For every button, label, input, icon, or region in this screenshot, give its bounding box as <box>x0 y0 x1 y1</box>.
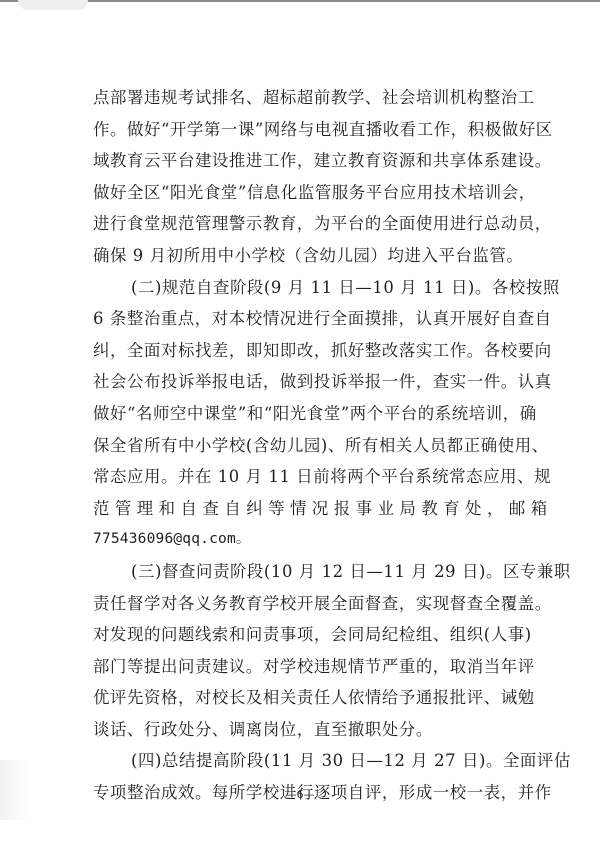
text-line: 优评先资格，对校长及相关责任人依情给予通报批评、诫勉 <box>93 682 523 714</box>
text-line: 纠，全面对标找差，即知即改，抓好整改落实工作。各校要向 <box>93 335 523 367</box>
text-line: 确保 9 月初所用中小学校（含幼儿园）均进入平台监管。 <box>93 240 523 272</box>
top-border <box>0 0 600 2</box>
page-number: —6— <box>0 788 600 801</box>
text-line: 对发现的问题线索和问责事项，会同局纪检组、组织(人事) <box>93 619 523 651</box>
text-line: 作。做好“开学第一课”网络与电视直播收看工作，积极做好区 <box>93 114 523 146</box>
viewer-tab-handle[interactable] <box>18 0 88 10</box>
email-address: 775436096@qq.com。 <box>93 524 523 556</box>
text-line: 做好全区“阳光食堂”信息化监管服务平台应用技术培训会， <box>93 177 523 209</box>
text-line: 常态应用。并在 10 月 11 日前将两个平台系统常态应用、规 <box>93 461 523 493</box>
text-line: 点部署违规考试排名、超标超前教学、社会培训机构整治工 <box>93 82 523 114</box>
text-line: 6 条整治重点，对本校情况进行全面摸排，认真开展好自查自 <box>93 303 523 335</box>
text-line: 部门等提出问责建议。对学校违规情节严重的，取消当年评 <box>93 651 523 683</box>
section-heading-line: (二)规范自查阶段(9 月 11 日—10 月 11 日)。各校按照 <box>93 272 523 304</box>
text-line: 责任督学对各义务教育学校开展全面督查，实现督查全覆盖。 <box>93 588 523 620</box>
section-heading-line: (三)督查问责阶段(10 月 12 日—11 月 29 日)。区专兼职 <box>93 556 523 588</box>
text-line: 范管理和自查自纠等情况报事业局教育处，邮箱 <box>93 493 523 525</box>
text-line: 进行食堂规范管理警示教育，为平台的全面使用进行总动员， <box>93 208 523 240</box>
text-line: 谈话、行政处分、调离岗位，直至撤职处分。 <box>93 714 523 746</box>
document-page-body: 点部署违规考试排名、超标超前教学、社会培训机构整治工 作。做好“开学第一课”网络… <box>93 82 523 809</box>
text-line: 域教育云平台建设推进工作，建立教育资源和共享体系建设。 <box>93 145 523 177</box>
text-line: 做好“名师空中课堂”和“阳光食堂”两个平台的系统培训，确 <box>93 398 523 430</box>
text-line: 社会公布投诉举报电话，做到投诉举报一件，查实一件。认真 <box>93 366 523 398</box>
section-heading-line: (四)总结提高阶段(11 月 30 日—12 月 27 日)。全面评估 <box>93 745 523 777</box>
text-line: 保全省所有中小学校(含幼儿园)、所有相关人员都正确使用、 <box>93 430 523 462</box>
